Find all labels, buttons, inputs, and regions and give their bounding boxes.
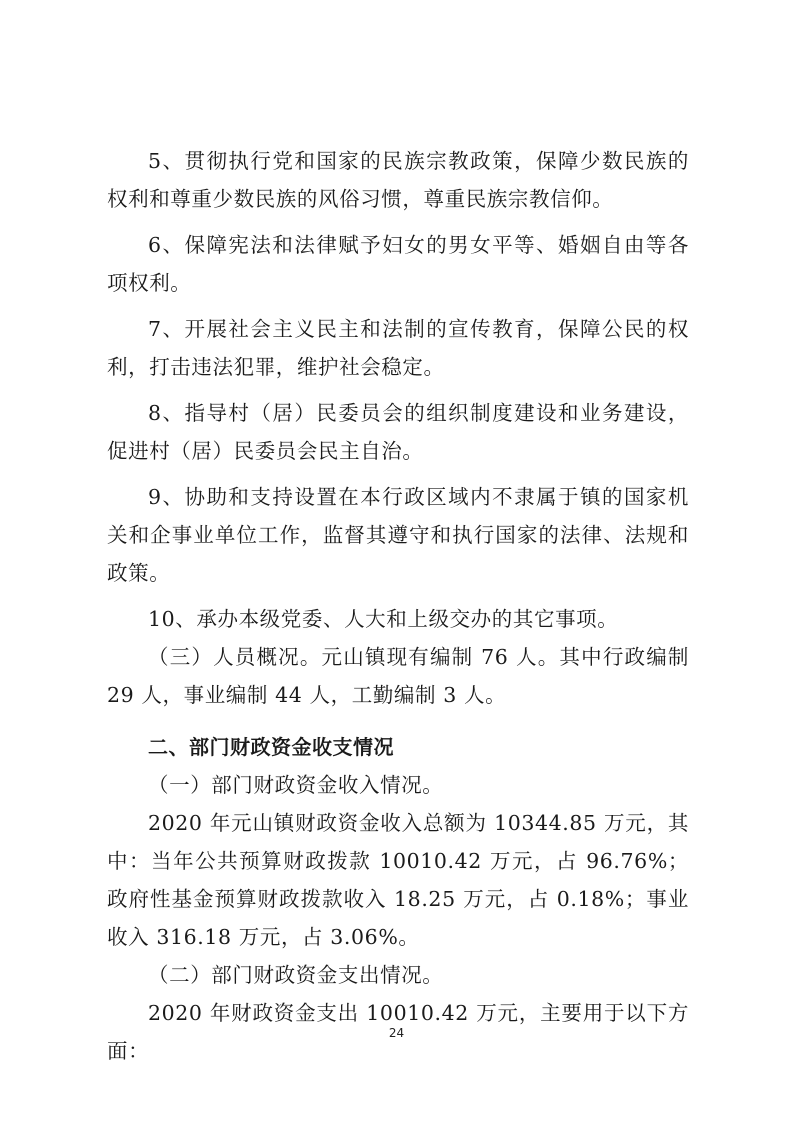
list-item-8: 8、指导村（居）民委员会的组织制度建设和业务建设，促进村（居）民委员会民主自治。 [107, 394, 689, 470]
list-item-5: 5、贯彻执行党和国家的民族宗教政策，保障少数民族的权利和尊重少数民族的风俗习惯，… [107, 142, 689, 218]
list-item-7: 7、开展社会主义民主和法制的宣传教育，保障公民的权利，打击违法犯罪，维护社会稳定… [107, 310, 689, 386]
income-subheading: （一）部门财政资金收入情况。 [107, 766, 689, 804]
list-item-6: 6、保障宪法和法律赋予妇女的男女平等、婚姻自由等各项权利。 [107, 226, 689, 302]
section-heading: 二、部门财政资金收支情况 [107, 728, 689, 766]
page-body: 5、贯彻执行党和国家的民族宗教政策，保障少数民族的权利和尊重少数民族的风俗习惯，… [107, 142, 689, 1070]
income-paragraph: 2020 年元山镇财政资金收入总额为 10344.85 万元，其中：当年公共预算… [107, 804, 689, 956]
expense-subheading: （二）部门财政资金支出情况。 [107, 956, 689, 994]
list-item-9: 9、协助和支持设置在本行政区域内不隶属于镇的国家机关和企事业单位工作，监督其遵守… [107, 478, 689, 592]
page-number: 24 [0, 1026, 793, 1040]
list-item-10: 10、承办本级党委、人大和上级交办的其它事项。 [107, 600, 689, 638]
staffing-paragraph: （三）人员概况。元山镇现有编制 76 人。其中行政编制 29 人，事业编制 44… [107, 638, 689, 714]
document-page: 5、贯彻执行党和国家的民族宗教政策，保障少数民族的权利和尊重少数民族的风俗习惯，… [0, 0, 793, 1122]
